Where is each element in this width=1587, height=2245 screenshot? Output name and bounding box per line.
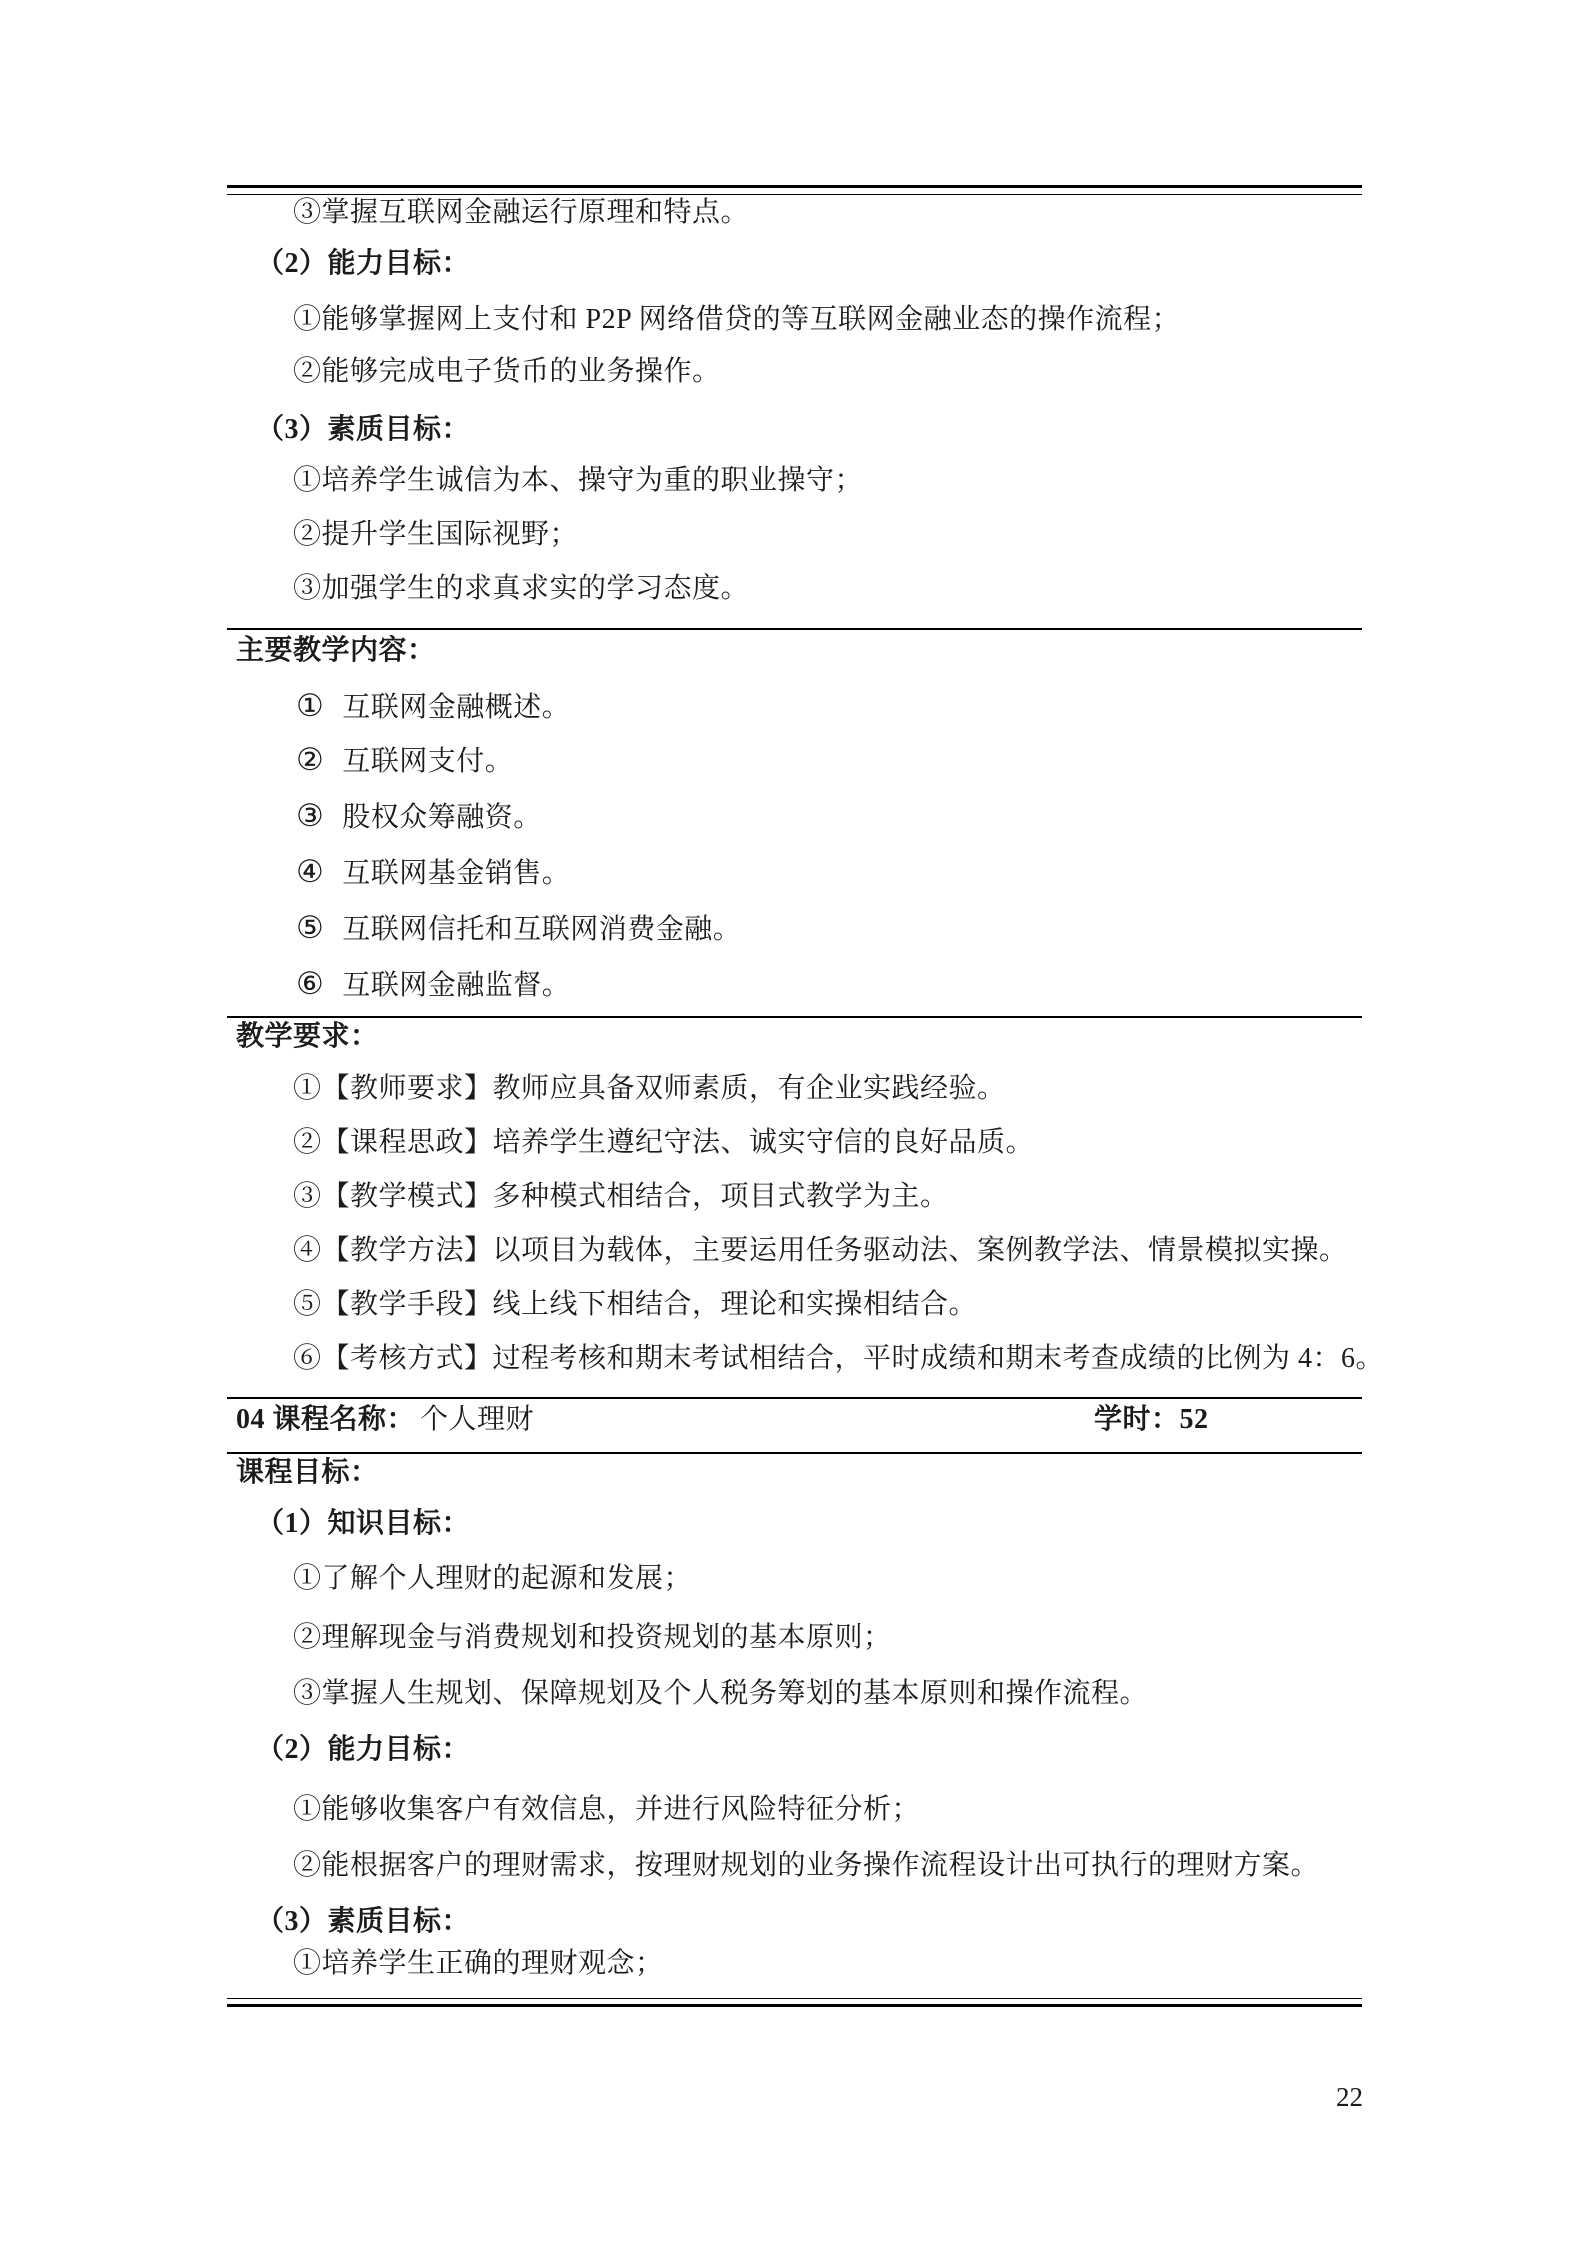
text-line: ①了解个人理财的起源和发展； <box>293 1559 692 1599</box>
text-line: ⑥【考核方式】过程考核和期末考试相结合，平时成绩和期末考查成绩的比例为 4：6。 <box>293 1339 1384 1379</box>
text-line: ③掌握互联网金融运行原理和特点。 <box>293 193 749 233</box>
numbered-item: ⑥互联网金融监督。 <box>296 964 570 1004</box>
item-number: ⑥ <box>296 966 324 1001</box>
subsection-heading: （3）素质目标： <box>256 1902 470 1942</box>
text-line: ④【教学方法】以项目为载体，主要运用任务驱动法、案例教学法、情景模拟实操。 <box>293 1231 1348 1271</box>
item-number: ④ <box>296 854 324 889</box>
text-line: ③加强学生的求真求实的学习态度。 <box>293 569 749 609</box>
section-heading: 主要教学内容： <box>236 631 436 671</box>
item-text: 互联网支付。 <box>342 746 513 777</box>
subsection-heading: （3）素质目标： <box>256 410 470 450</box>
course-number-label: 04 课程名称： <box>236 1404 415 1435</box>
text-line: ①培养学生诚信为本、操守为重的职业操守； <box>293 461 863 501</box>
item-text: 互联网信托和互联网消费金融。 <box>342 914 741 945</box>
course-title-row: 04 课程名称：个人理财学时：52 <box>0 1400 1587 1440</box>
text-line: ②能够完成电子货币的业务操作。 <box>293 352 721 392</box>
text-line: ⑤【教学手段】线上线下相结合，理论和实操相结合。 <box>293 1285 977 1325</box>
course-name: 个人理财 <box>420 1404 534 1435</box>
numbered-item: ③股权众筹融资。 <box>296 796 542 836</box>
item-text: 股权众筹融资。 <box>342 802 542 833</box>
page-bottom-border <box>227 1998 1362 2007</box>
item-text: 互联网金融监督。 <box>342 970 570 1001</box>
section-divider <box>227 1452 1362 1454</box>
numbered-item: ②互联网支付。 <box>296 740 513 780</box>
item-number: ③ <box>296 798 324 833</box>
item-number: ⑤ <box>296 910 324 945</box>
numbered-item: ④互联网基金销售。 <box>296 852 570 892</box>
page-number: 22 <box>1336 2082 1363 2112</box>
section-heading: 教学要求： <box>236 1017 379 1057</box>
course-hours: 学时：52 <box>1094 1400 1209 1440</box>
section-heading: 课程目标： <box>236 1453 379 1493</box>
subsection-heading: （2）能力目标： <box>256 1730 470 1770</box>
item-number: ① <box>296 688 324 723</box>
subsection-heading: （1）知识目标： <box>256 1504 470 1544</box>
section-divider <box>227 1397 1362 1399</box>
section-divider <box>227 628 1362 630</box>
subsection-heading: （2）能力目标： <box>256 244 470 284</box>
text-line: ②【课程思政】培养学生遵纪守法、诚实守信的良好品质。 <box>293 1123 1034 1163</box>
text-line: ②提升学生国际视野； <box>293 515 578 555</box>
text-line: ③掌握人生规划、保障规划及个人税务筹划的基本原则和操作流程。 <box>293 1674 1148 1714</box>
document-page: 22 ③掌握互联网金融运行原理和特点。（2）能力目标：①能够掌握网上支付和 P2… <box>0 0 1587 2245</box>
item-text: 互联网金融概述。 <box>342 692 570 723</box>
section-divider <box>227 1016 1362 1018</box>
item-text: 互联网基金销售。 <box>342 858 570 889</box>
numbered-item: ①互联网金融概述。 <box>296 686 570 726</box>
text-line: ①能够收集客户有效信息，并进行风险特征分析； <box>293 1790 920 1830</box>
text-line: ②能根据客户的理财需求，按理财规划的业务操作流程设计出可执行的理财方案。 <box>293 1846 1319 1886</box>
item-number: ② <box>296 742 324 777</box>
text-line: ③【教学模式】多种模式相结合，项目式教学为主。 <box>293 1177 949 1217</box>
text-line: ①【教师要求】教师应具备双师素质，有企业实践经验。 <box>293 1069 1006 1109</box>
text-line: ①培养学生正确的理财观念； <box>293 1944 664 1984</box>
text-line: ①能够掌握网上支付和 P2P 网络借贷的等互联网金融业态的操作流程； <box>293 300 1180 340</box>
numbered-item: ⑤互联网信托和互联网消费金融。 <box>296 908 741 948</box>
text-line: ②理解现金与消费规划和投资规划的基本原则； <box>293 1618 892 1658</box>
